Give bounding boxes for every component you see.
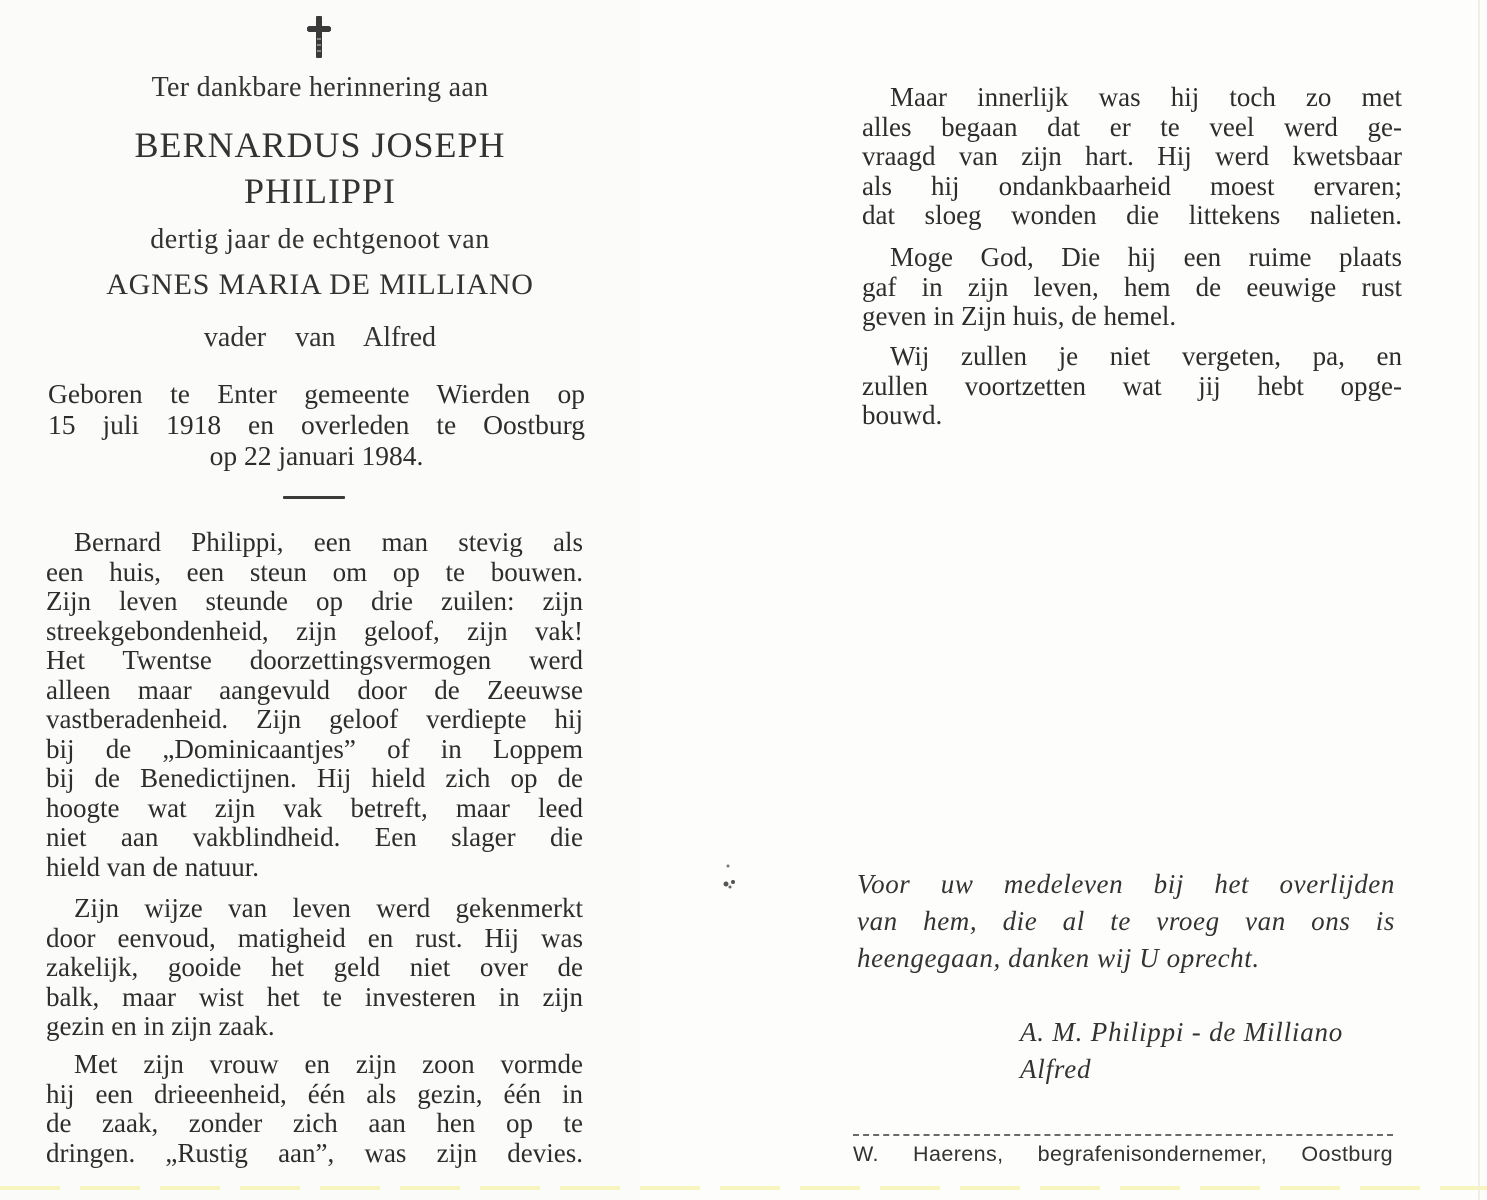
text-line: Met zijn vrouw en zijn zoon vormde [46,1050,583,1080]
biography-paragraph-2: Zijn wijze van leven werd gekenmerkt doo… [46,894,583,1042]
thanks-line: Voor uw medeleven bij het overlijden [857,866,1395,903]
birth-death-line: 15 juli 1918 en overleden te Oostburg [48,409,585,440]
text-line: bij de Benedictijnen. Hij hield zich op … [46,764,583,794]
funeral-director-credit: W. Haerens, begrafenisondernemer, Oostbu… [853,1142,1393,1167]
text-line: niet aan vakblindheid. Een slager die [46,823,583,853]
prayer-paragraph: Moge God, Die hij een ruime plaats gaf i… [862,243,1402,332]
text-line: hij een drieeenheid, één als gezin, één … [46,1080,583,1110]
text-line: balk, maar wist het te investeren in zij… [46,983,583,1013]
footer-divider [853,1134,1393,1136]
thanks-message: Voor uw medeleven bij het overlijden van… [857,866,1395,977]
text-line: Moge God, Die hij een ruime plaats [862,243,1402,273]
birth-death-line: Geboren te Enter gemeente Wierden op [48,378,585,409]
text-line: dat sloeg wonden die littekens nalieten. [862,201,1402,231]
text-line: Zijn wijze van leven werd gekenmerkt [46,894,583,924]
memorial-card: Ter dankbare herinnering aan BERNARDUS J… [0,0,1487,1200]
text-line: streekgebondenheid, zijn geloof, zijn va… [46,617,583,647]
text-line: Het Twentse doorzettingsvermogen werd [46,646,583,676]
text-line: door eenvoud, matigheid en rust. Hij was [46,924,583,954]
text-line: alleen maar aangevuld door de Zeeuwse [46,676,583,706]
deceased-name-line-2: PHILIPPI [0,170,640,212]
signature-line: Alfred [1020,1051,1343,1088]
intro-text: Ter dankbare herinnering aan [0,72,640,104]
spouse-name: AGNES MARIA DE MILLIANO [0,268,640,302]
biography-paragraph-1: Bernard Philippi, een man stevig als een… [46,528,583,882]
text-line: Wij zullen je niet vergeten, pa, en [862,342,1402,372]
text-line: een huis, een steun om op te bouwen. [46,558,583,588]
birth-death-block: Geboren te Enter gemeente Wierden op 15 … [48,378,585,471]
text-line: Zijn leven steunde op drie zuilen: zijn [46,587,583,617]
text-line: Bernard Philippi, een man stevig als [46,528,583,558]
text-line: geven in Zijn huis, de hemel. [862,302,1402,332]
text-line: bouwd. [862,401,1402,431]
divider [283,496,345,499]
text-line: vastberadenheid. Zijn geloof verdiepte h… [46,705,583,735]
text-line: dringen. „Rustig aan”, was zijn devies. [46,1139,583,1169]
biography-paragraph-3: Met zijn vrouw en zijn zoon vormde hij e… [46,1050,583,1168]
text-line: alles begaan dat er te veel werd ge- [862,113,1402,143]
text-line: Maar innerlijk was hij toch zo met [862,83,1402,113]
text-line: zullen voortzetten wat jij hebt opge- [862,372,1402,402]
birth-death-line: op 22 januari 1984. [48,440,585,471]
text-line: de zaak, zonder zich aan hen op te [46,1109,583,1139]
text-line: bij de „Dominicaantjes” of in Loppem [46,735,583,765]
text-line: zakelijk, gooide het geld niet over de [46,953,583,983]
scan-speck [722,862,738,892]
spouse-intro: dertig jaar de echtgenoot van [0,224,640,256]
text-line: gezin en in zijn zaak. [46,1012,583,1042]
deceased-name-line-1: BERNARDUS JOSEPH [0,124,640,166]
thanks-line: van hem, die al te vroeg van ons is [857,903,1395,940]
text-line: vraagd van zijn hart. Hij werd kwetsbaar [862,142,1402,172]
card-edge [1478,0,1480,1200]
text-line: als hij ondankbaarheid moest ervaren; [862,172,1402,202]
text-line: hoogte wat zijn vak betreft, maar leed [46,794,583,824]
farewell-paragraph: Wij zullen je niet vergeten, pa, en zull… [862,342,1402,431]
reflection-paragraph-1: Maar innerlijk was hij toch zo met alles… [862,83,1402,231]
signature-block: A. M. Philippi - de Milliano Alfred [1020,1014,1343,1088]
card-edge [0,1186,1487,1190]
thanks-line: heengegaan, danken wij U oprecht. [857,940,1395,977]
text-line: gaf in zijn leven, hem de eeuwige rust [862,273,1402,303]
cross-icon [307,16,331,58]
signature-line: A. M. Philippi - de Milliano [1020,1014,1343,1051]
father-of-text: vader van Alfred [0,322,640,354]
text-line: hield van de natuur. [46,853,583,883]
